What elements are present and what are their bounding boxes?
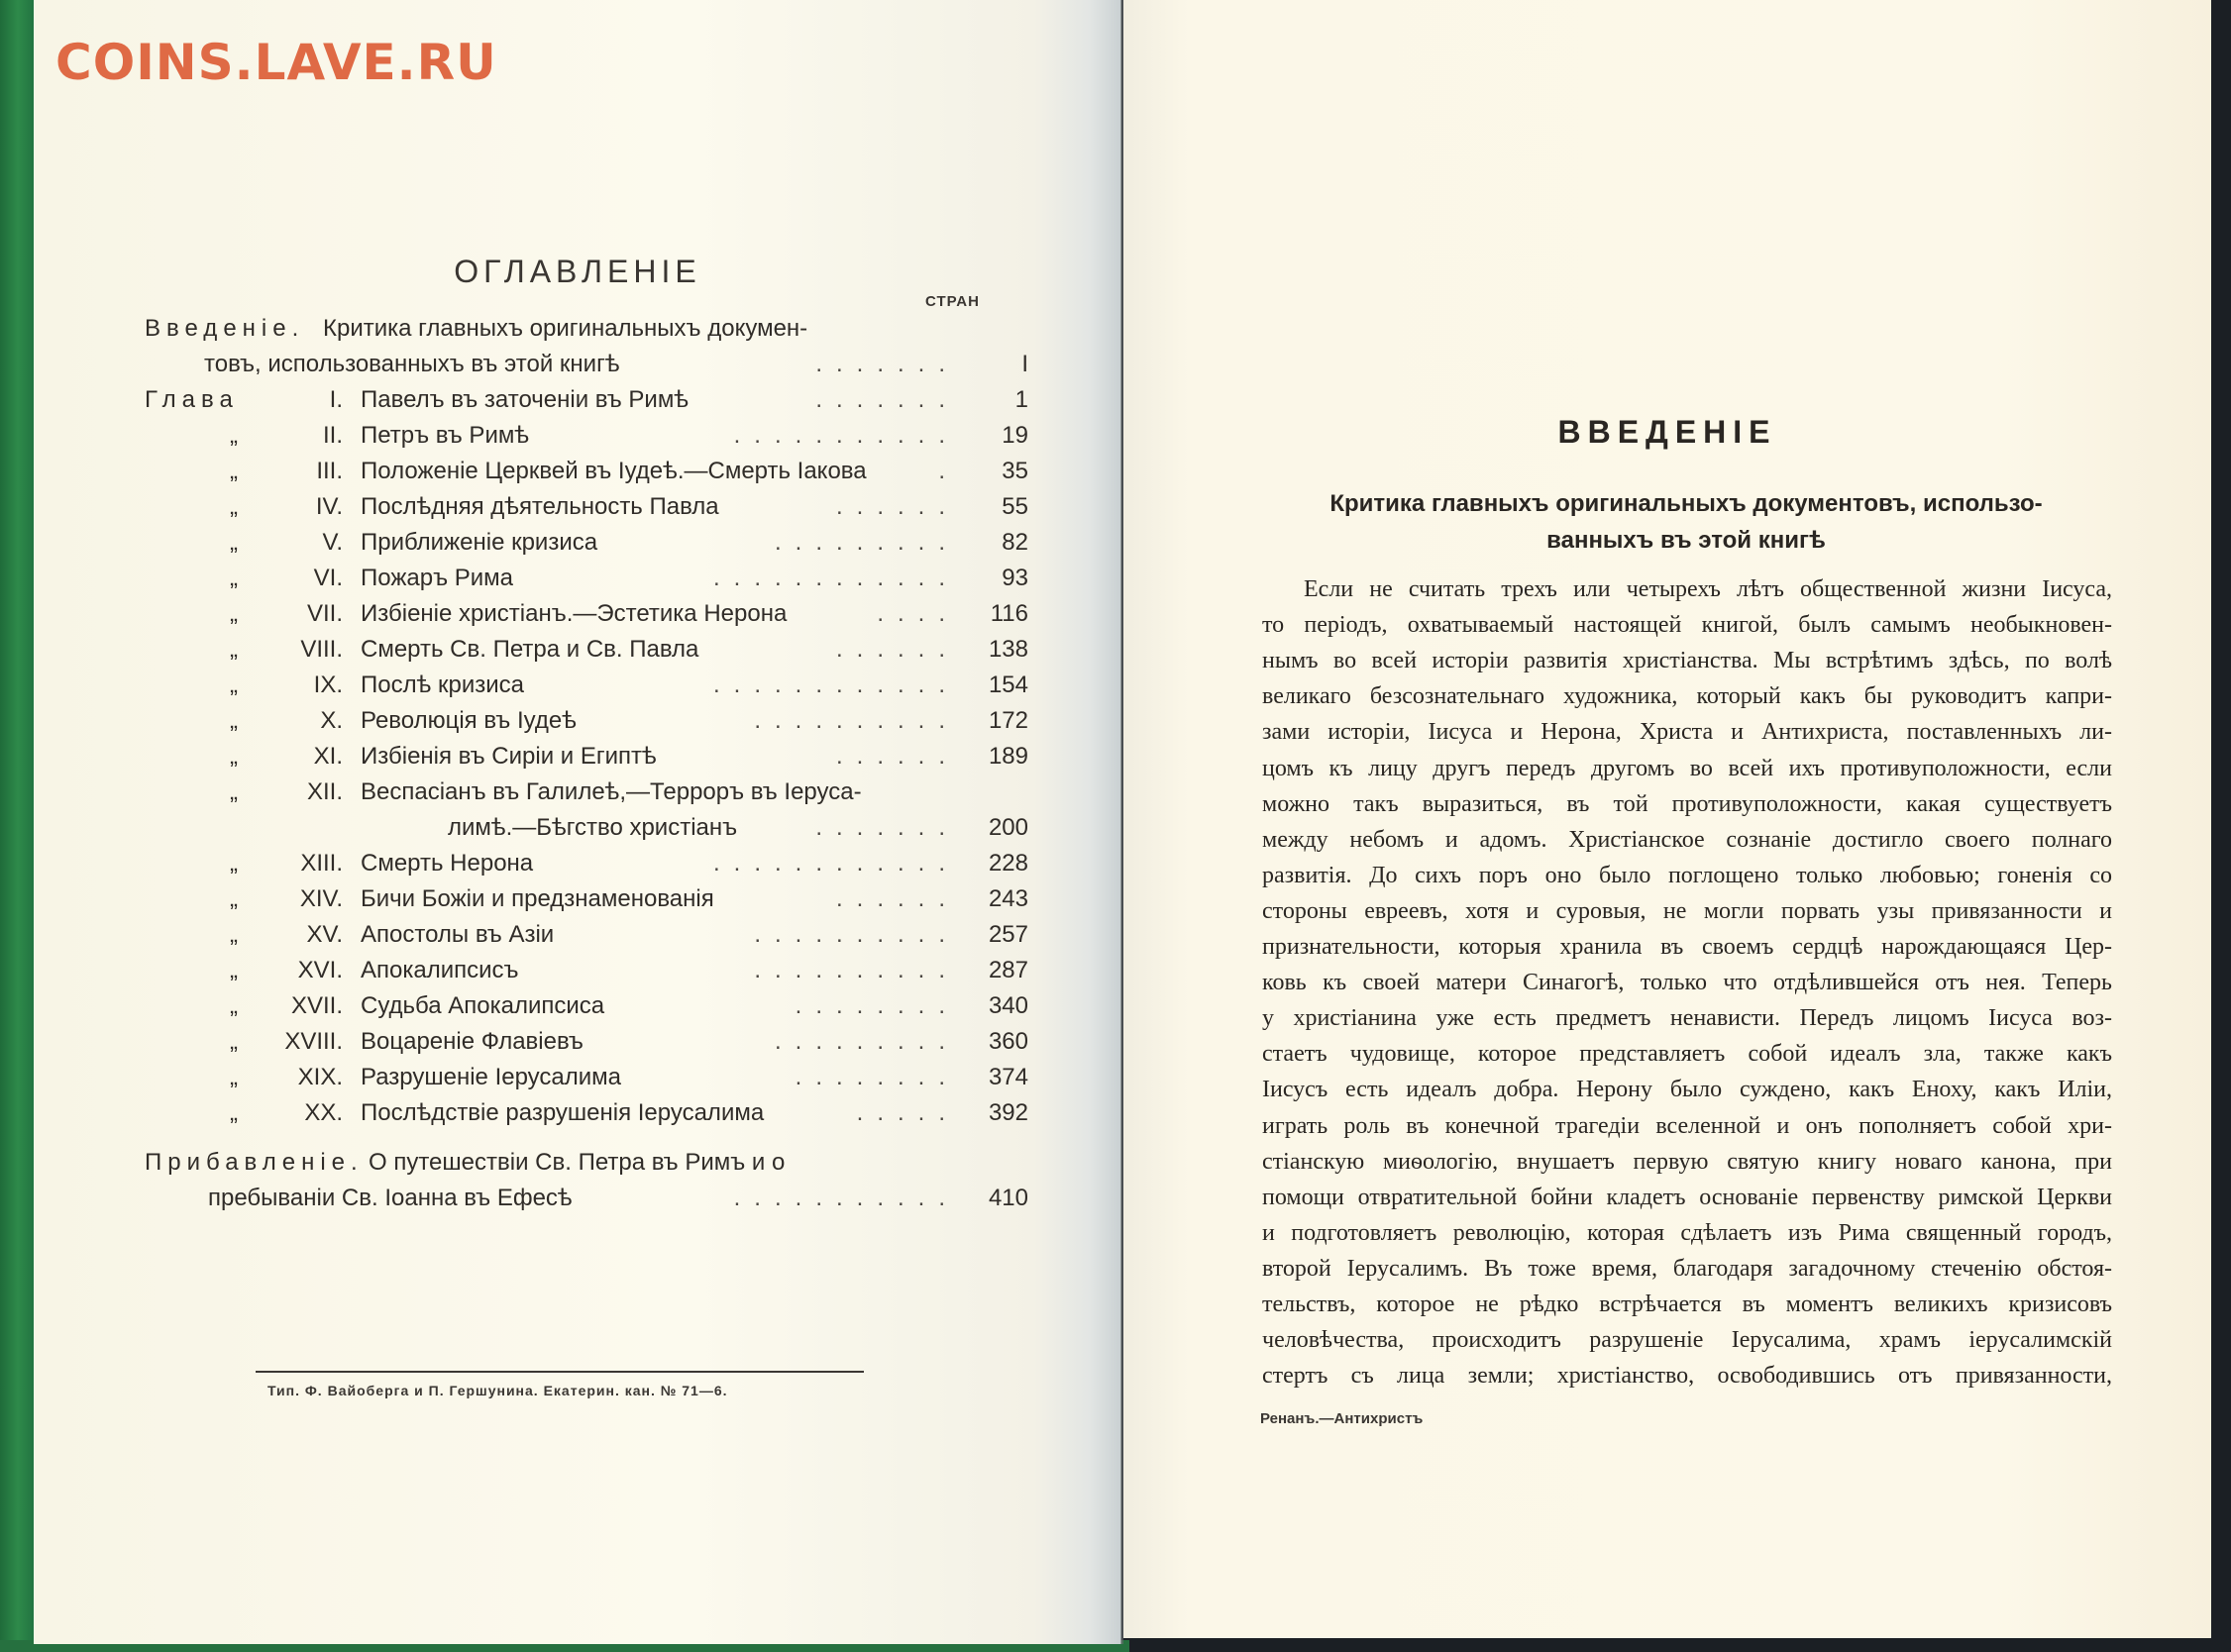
toc-page-number: 228 <box>969 850 1028 878</box>
toc-chapter-number: VIII. <box>283 636 343 664</box>
toc-chapter-title: Пожаръ Рима <box>361 565 513 592</box>
body-text-line: ковь къ своей матери Синагогѣ, только чт… <box>1262 970 2112 1003</box>
toc-entry-chapter[interactable]: „XIX.Разрушеніе Іерусалима........374 <box>145 1064 1028 1097</box>
body-text-line: можно такъ выразиться, въ той противупол… <box>1262 791 2112 825</box>
toc-chapter-title: Избіенія въ Сиріи и Египтѣ <box>361 743 657 771</box>
toc-page-number: 243 <box>969 885 1028 913</box>
toc-title: ОГЛАВЛЕНІЕ <box>34 254 1121 290</box>
body-text-line: нымъ во всей исторіи развитія христіанст… <box>1262 648 2112 681</box>
toc-chapter-title: Петръ въ Римѣ <box>361 422 529 450</box>
toc-page-number: 410 <box>969 1185 1028 1212</box>
toc-page-column-header: СТРАН <box>925 293 980 310</box>
toc-chapter-title: Послѣ кризиса <box>361 671 524 699</box>
body-text-line: великаго безсознательнаго художника, кот… <box>1262 683 2112 717</box>
toc-ditto-mark: „ <box>230 600 238 628</box>
toc-entry-chapter[interactable]: „XIV.Бичи Божіи и предзнаменованія......… <box>145 885 1028 919</box>
toc-page-number: 154 <box>969 671 1028 699</box>
toc-entry-chapter[interactable]: „X.Революція въ Іудеѣ..........172 <box>145 707 1028 741</box>
toc-entry-chapter[interactable]: „VII.Избіеніе христіанъ.—Эстетика Нерона… <box>145 600 1028 634</box>
toc-page-number: 82 <box>969 529 1028 557</box>
toc-entry-chapter[interactable]: „XI.Избіенія въ Сиріи и Египтѣ......189 <box>145 743 1028 776</box>
toc-leader-dots: .......... <box>754 707 959 735</box>
toc-leader-dots: ..... <box>857 1099 959 1127</box>
toc-chapter-number: XVII. <box>283 992 343 1020</box>
body-text-line: развитія. До сихъ поръ оно было поглощен… <box>1262 863 2112 896</box>
toc-ditto-mark: „ <box>230 458 238 485</box>
toc-leader-dots: ............ <box>713 671 959 699</box>
toc-entry-title-cont: товъ, использованныхъ въ этой книгѣ <box>204 351 620 378</box>
toc-entry-chapter[interactable]: „VIII.Смерть Св. Петра и Св. Павла......… <box>145 636 1028 670</box>
body-text-line: играть роль въ конечной трагедіи вселенн… <box>1262 1113 2112 1147</box>
toc-chapter-title: Революція въ Іудеѣ <box>361 707 577 735</box>
toc-ditto-mark: „ <box>230 1099 238 1127</box>
body-text-line: стороны евреевъ, хотя и суровыя, не могл… <box>1262 898 2112 932</box>
toc-page-number: 189 <box>969 743 1028 771</box>
toc-entry-lead: Прибавленіе. <box>145 1149 364 1177</box>
body-text-line: человѣчества, происходитъ разрушеніе Іер… <box>1262 1327 2112 1361</box>
toc-entry-chapter[interactable]: „XVI.Апокалипсисъ..........287 <box>145 957 1028 990</box>
toc-chapter-number: XVIII. <box>283 1028 343 1056</box>
imprint-rule <box>256 1371 864 1373</box>
toc-entry-lead: Введеніе. <box>145 315 304 343</box>
toc-entry-chapter[interactable]: „XIII.Смерть Нерона............228 <box>145 850 1028 883</box>
toc-ditto-mark: „ <box>230 1028 238 1056</box>
toc-chapter-title: Приближеніе кризиса <box>361 529 597 557</box>
toc-chapter-number: IV. <box>283 493 343 521</box>
body-text-line: цомъ къ лицу другъ передъ другомъ во все… <box>1262 756 2112 789</box>
toc-ditto-mark: „ <box>230 885 238 913</box>
toc-ditto-mark: „ <box>230 778 238 806</box>
toc-entry-title: О путешествіи Св. Петра въ Римъ и о <box>369 1149 785 1177</box>
toc-chapter-title: Избіеніе христіанъ.—Эстетика Нерона <box>361 600 787 628</box>
body-text-line: зами исторіи, Іисуса и Нерона, Христа и … <box>1262 719 2112 753</box>
toc-entry-chapter[interactable]: „VI.Пожаръ Рима............93 <box>145 565 1028 598</box>
toc-chapter-number: IX. <box>283 671 343 699</box>
body-text-line: то періодъ, охватываемый настоящей книго… <box>1262 612 2112 646</box>
toc-page-number: 257 <box>969 921 1028 949</box>
toc-chapter-title: Положеніе Церквей въ Іудеѣ.—Смерть Іаков… <box>361 458 867 485</box>
toc-entry-chapter[interactable]: „XVII.Судьба Апокалипсиса........340 <box>145 992 1028 1026</box>
toc-leader-dots: ...... <box>836 885 959 913</box>
toc-page-number: 93 <box>969 565 1028 592</box>
toc-chapter-number: XVI. <box>283 957 343 984</box>
body-text-line: Іисусъ есть идеалъ добра. Нерону было су… <box>1262 1077 2112 1110</box>
toc-leader-dots: . <box>938 458 959 485</box>
toc-ditto-mark: „ <box>230 565 238 592</box>
toc-chapter-number: XII. <box>283 778 343 806</box>
body-text-line: у христіанина уже есть предметъ ненавист… <box>1262 1005 2112 1039</box>
toc-entry-chapter[interactable]: „II.Петръ въ Римѣ...........19 <box>145 422 1028 456</box>
toc-ditto-mark: „ <box>230 671 238 699</box>
toc-entry-chapter[interactable]: „XII.Веспасіанъ въ Галилеѣ,—Терроръ въ І… <box>145 778 1028 812</box>
body-text-line: стіанскую миѳологію, внушаетъ первую свя… <box>1262 1149 2112 1183</box>
toc-entry-appendix[interactable]: Прибавленіе. О путешествіи Св. Петра въ … <box>145 1149 1028 1183</box>
toc-chapter-number: XIII. <box>283 850 343 878</box>
toc-ditto-mark: „ <box>230 422 238 450</box>
body-text-line: помощи отвратительной бойни кладетъ осно… <box>1262 1185 2112 1218</box>
toc-page-number: 374 <box>969 1064 1028 1091</box>
toc-entry-chapter[interactable]: „XVIII.Воцареніе Флавіевъ.........360 <box>145 1028 1028 1062</box>
toc-chapter-lead: Глава <box>145 386 239 414</box>
toc-chapter-title: Воцареніе Флавіевъ <box>361 1028 584 1056</box>
toc-chapter-title: Бичи Божіи и предзнаменованія <box>361 885 714 913</box>
toc-leader-dots: .......... <box>754 921 959 949</box>
toc-chapter-title: Веспасіанъ въ Галилеѣ,—Терроръ въ Іеруса… <box>361 778 862 806</box>
toc-ditto-mark: „ <box>230 1064 238 1091</box>
toc-entry-title-cont: пребываніи Св. Іоанна въ Ефесѣ <box>208 1185 573 1212</box>
toc-entry-appendix-cont[interactable]: пребываніи Св. Іоанна въ Ефесѣ .........… <box>145 1185 1028 1218</box>
toc-page-number: 138 <box>969 636 1028 664</box>
body-text-line: Если не считать трехъ или четырехъ лѣтъ … <box>1304 576 2112 610</box>
toc-leader-dots: ...... <box>836 743 959 771</box>
toc-entry-chapter[interactable]: „XX.Послѣдствіе разрушенія Іерусалима...… <box>145 1099 1028 1133</box>
toc-entry-chapter[interactable]: „XV.Апостолы въ Азіи..........257 <box>145 921 1028 955</box>
chapter-title: ВВЕДЕНІЕ <box>1123 414 2211 451</box>
toc-page-number: 340 <box>969 992 1028 1020</box>
toc-leader-dots: ......... <box>775 529 959 557</box>
body-text-line: второй Іерусалимъ. Въ тоже время, благод… <box>1262 1256 2112 1290</box>
toc-entry-chapter[interactable]: ГлаваI.Павелъ въ заточеніи въ Римѣ......… <box>145 386 1028 420</box>
chapter-subtitle-line-1: Критика главныхъ оригинальныхъ документо… <box>1260 490 2112 518</box>
body-text-line: признательности, которыя хранила въ свое… <box>1262 934 2112 968</box>
toc-page-number: 360 <box>969 1028 1028 1056</box>
toc-leader-dots: ............ <box>713 565 959 592</box>
toc-chapter-number: V. <box>283 529 343 557</box>
toc-ditto-mark: „ <box>230 707 238 735</box>
toc-entry-chapter[interactable]: „IX.Послѣ кризиса............154 <box>145 671 1028 705</box>
toc-chapter-title: Послѣдняя дѣятельность Павла <box>361 493 719 521</box>
toc-chapter-number: XIV. <box>283 885 343 913</box>
toc-chapter-title: Судьба Апокалипсиса <box>361 992 604 1020</box>
body-text-line: стаетъ чудовище, которое представляетъ с… <box>1262 1041 2112 1075</box>
book-cover-edge <box>0 0 36 1652</box>
right-page-introduction: ВВЕДЕНІЕ Критика главныхъ оригинальныхъ … <box>1123 0 2211 1638</box>
toc-leader-dots: ...... <box>836 493 959 521</box>
toc-page-number: 392 <box>969 1099 1028 1127</box>
toc-entry-chapter[interactable]: „V.Приближеніе кризиса.........82 <box>145 529 1028 563</box>
toc-leader-dots: ...... <box>836 636 959 664</box>
toc-page-number: 35 <box>969 458 1028 485</box>
toc-ditto-mark: „ <box>230 850 238 878</box>
toc-ditto-mark: „ <box>230 529 238 557</box>
toc-entry-chapter-cont[interactable]: лимѣ.—Бѣгство христіанъ.......200 <box>145 814 1028 848</box>
toc-chapter-number: VI. <box>283 565 343 592</box>
toc-leader-dots: ........... <box>734 1185 959 1212</box>
toc-page-number: 287 <box>969 957 1028 984</box>
toc-chapter-number: III. <box>283 458 343 485</box>
toc-chapter-number: XI. <box>283 743 343 771</box>
toc-chapter-number: XX. <box>283 1099 343 1127</box>
bleed-through-text <box>182 129 215 186</box>
toc-ditto-mark: „ <box>230 743 238 771</box>
toc-leader-dots: ....... <box>815 814 959 842</box>
toc-leader-dots: .......... <box>754 957 959 984</box>
toc-chapter-number: I. <box>283 386 343 414</box>
toc-entry-introduction[interactable]: Введеніе. Критика главныхъ оригинальныхъ… <box>145 315 1028 349</box>
toc-entry-title: Критика главныхъ оригинальныхъ докумен- <box>323 315 807 343</box>
toc-entry-introduction-cont[interactable]: товъ, использованныхъ въ этой книгѣ ....… <box>145 351 1028 384</box>
toc-leader-dots: ........ <box>796 1064 959 1091</box>
printer-imprint: Тип. Ф. Вайоберга и П. Гершунина. Екатер… <box>267 1383 728 1398</box>
toc-leader-dots: ............ <box>713 850 959 878</box>
toc-leader-dots: .... <box>877 600 959 628</box>
running-footer: Ренанъ.—Антихристъ <box>1260 1410 1423 1427</box>
toc-chapter-number: X. <box>283 707 343 735</box>
toc-ditto-mark: „ <box>230 493 238 521</box>
body-text-line: и подготовляетъ революцію, которая сдѣла… <box>1262 1220 2112 1254</box>
toc-chapter-number: VII. <box>283 600 343 628</box>
site-watermark: COINS.LAVE.RU <box>55 34 497 91</box>
left-page-table-of-contents: ОГЛАВЛЕНІЕ СТРАН Введеніе. Критика главн… <box>34 0 1121 1644</box>
body-text-line: стертъ съ лица земли; христіанство, осво… <box>1262 1363 2112 1396</box>
toc-ditto-mark: „ <box>230 636 238 664</box>
toc-page-number: 172 <box>969 707 1028 735</box>
toc-chapter-title: Павелъ въ заточеніи въ Римѣ <box>361 386 689 414</box>
toc-entry-chapter[interactable]: „III.Положеніе Церквей въ Іудеѣ.—Смерть … <box>145 458 1028 491</box>
chapter-subtitle-line-2: ванныхъ въ этой книгѣ <box>1260 527 2112 555</box>
toc-chapter-number: XV. <box>283 921 343 949</box>
body-text-line: между небомъ и адомъ. Христіанское созна… <box>1262 827 2112 861</box>
toc-leader-dots: ........... <box>734 422 959 450</box>
toc-page-number: 55 <box>969 493 1028 521</box>
toc-entry-chapter[interactable]: „IV.Послѣдняя дѣятельность Павла......55 <box>145 493 1028 527</box>
toc-ditto-mark: „ <box>230 957 238 984</box>
toc-chapter-title: Разрушеніе Іерусалима <box>361 1064 621 1091</box>
toc-chapter-title: Смерть Св. Петра и Св. Павла <box>361 636 698 664</box>
toc-leader-dots: ........ <box>796 992 959 1020</box>
toc-leader-dots: ....... <box>815 386 959 414</box>
toc-chapter-number: II. <box>283 422 343 450</box>
toc-ditto-mark: „ <box>230 921 238 949</box>
toc-page-number: 19 <box>969 422 1028 450</box>
toc-chapter-title: Смерть Нерона <box>361 850 533 878</box>
body-text-line: тельствъ, которое не рѣдко встрѣчается в… <box>1262 1291 2112 1325</box>
toc-chapter-number: XIX. <box>283 1064 343 1091</box>
toc-page-number: 200 <box>969 814 1028 842</box>
toc-leader-dots: ....... <box>815 351 959 378</box>
toc-page-number: 116 <box>969 600 1028 628</box>
toc-ditto-mark: „ <box>230 992 238 1020</box>
toc-leader-dots: ......... <box>775 1028 959 1056</box>
toc-chapter-title: Апостолы въ Азіи <box>361 921 554 949</box>
toc-chapter-title: Апокалипсисъ <box>361 957 519 984</box>
toc-chapter-title-cont: лимѣ.—Бѣгство христіанъ <box>448 814 737 842</box>
toc-chapter-title: Послѣдствіе разрушенія Іерусалима <box>361 1099 764 1127</box>
toc-page-number: I <box>969 351 1028 378</box>
toc-page-number: 1 <box>969 386 1028 414</box>
